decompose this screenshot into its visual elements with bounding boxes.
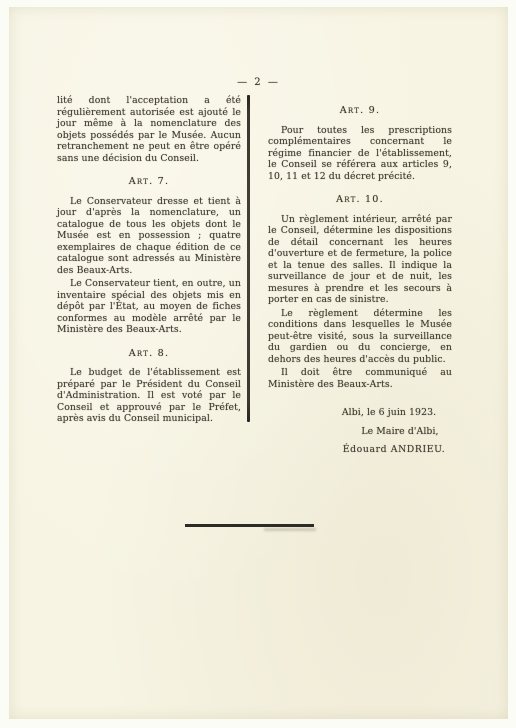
article-7-paragraph-2: Le Conservateur tient, en outre, un inve… [57, 278, 241, 336]
article-7-heading: Art. 7. [57, 176, 241, 188]
left-text-column: lité dont l'acceptation a été régulièrem… [57, 95, 241, 427]
article-9-heading: Art. 9. [268, 105, 452, 117]
dateline: Albi, le 6 juin 1923. [326, 407, 452, 419]
print-smudge [264, 528, 316, 531]
column-divider-rule [247, 95, 250, 422]
closing-block: Albi, le 6 juin 1923. Le Maire d'Albi, É… [326, 407, 452, 456]
article-10-paragraph-3: Il doit être communiqué au Ministère des… [268, 367, 452, 390]
scanned-page: — 2 — lité dont l'acceptation a été régu… [9, 7, 508, 719]
article-10-paragraph-1: Un règlement intérieur, arrêté par le Co… [268, 214, 452, 306]
paragraph-continuation: lité dont l'acceptation a été régulièrem… [57, 95, 241, 164]
article-8-paragraph-1: Le budget de l'établissement est préparé… [57, 367, 241, 425]
signature-name: Édouard ANDRIEU. [326, 444, 452, 456]
signature-title: Le Maire d'Albi, [326, 426, 452, 438]
article-10-paragraph-2: Le règlement détermine les conditions da… [268, 308, 452, 366]
article-7-paragraph-1: Le Conservateur dresse et tient à jour d… [57, 196, 241, 277]
page-number: — 2 — [9, 77, 508, 88]
article-9-paragraph-1: Pour toutes les prescriptions complément… [268, 125, 452, 183]
document-scan: — 2 — lité dont l'acceptation a été régu… [0, 0, 516, 728]
right-text-column: Art. 9. Pour toutes les prescriptions co… [268, 93, 452, 456]
article-10-heading: Art. 10. [268, 194, 452, 206]
end-of-document-rule [185, 524, 314, 527]
article-8-heading: Art. 8. [57, 348, 241, 360]
